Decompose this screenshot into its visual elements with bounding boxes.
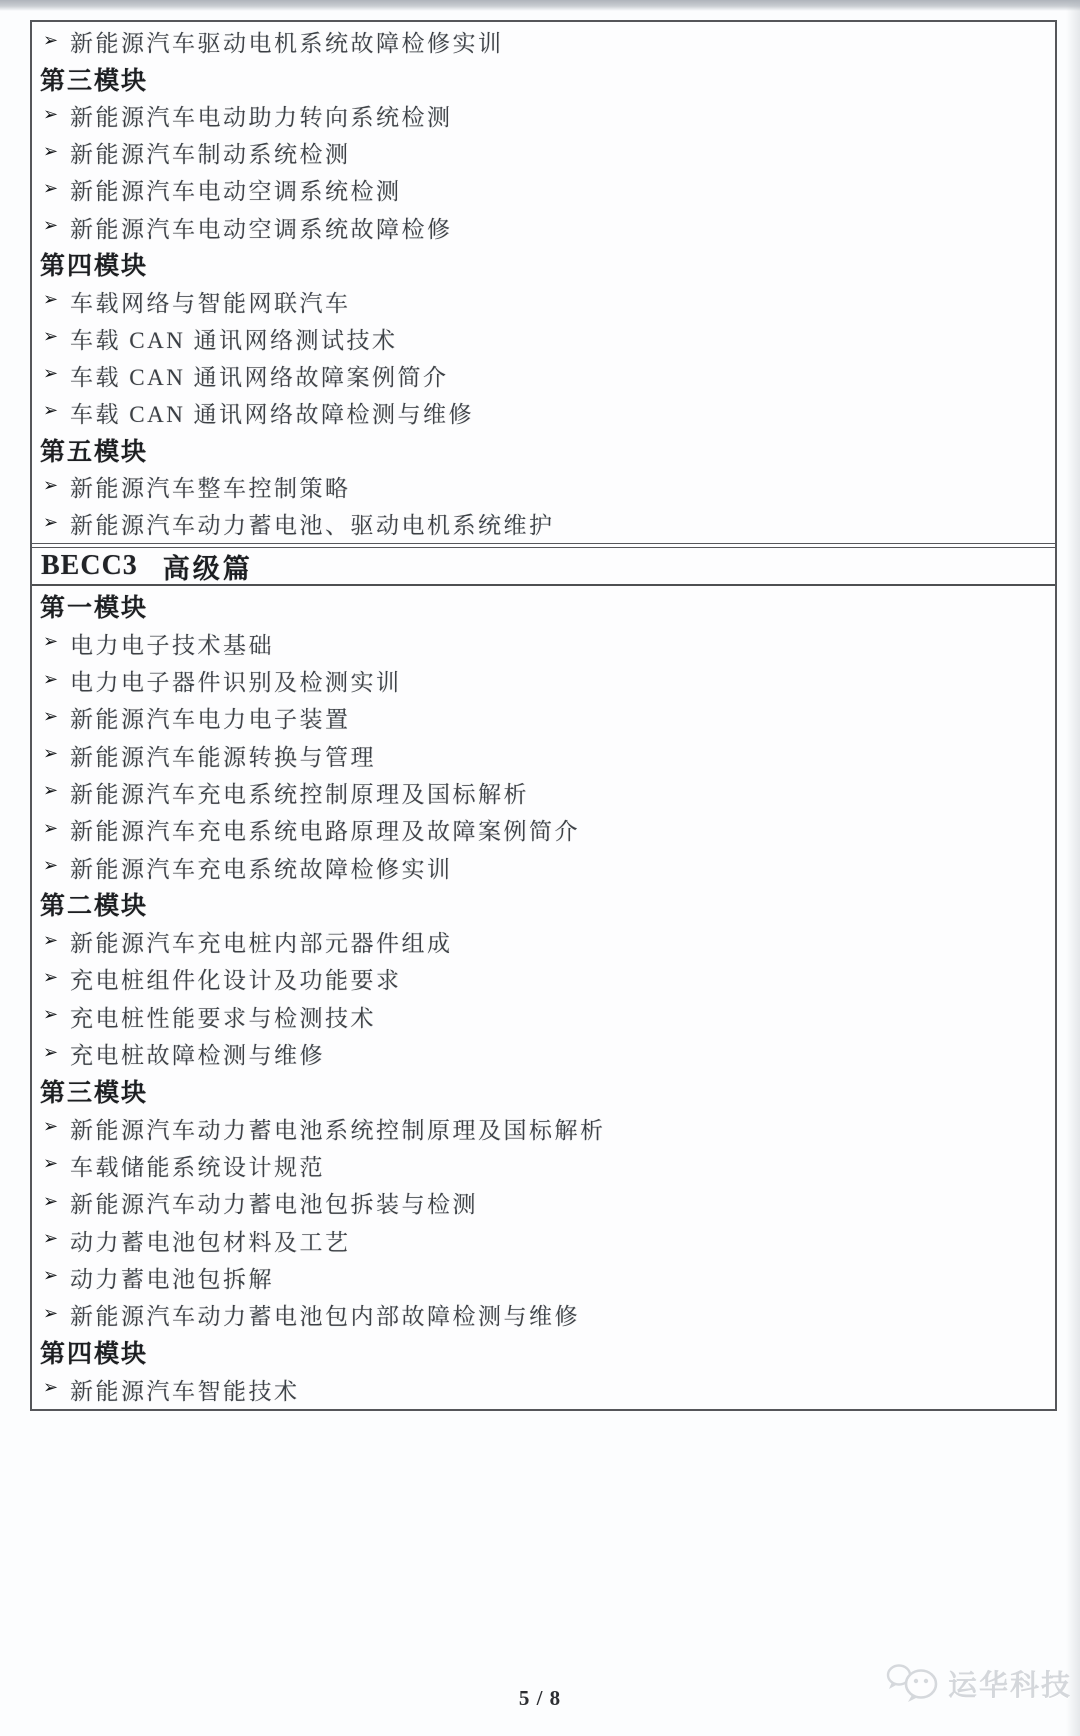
course-item-label: 新能源汽车驱动电机系统故障检修实训: [70, 25, 504, 58]
course-item-row: ➢新能源汽车动力蓄电池系统控制原理及国标解析: [32, 1109, 1055, 1146]
arrow-bullet-icon: ➢: [32, 820, 70, 838]
course-item-label: 新能源汽车动力蓄电池系统控制原理及国标解析: [70, 1112, 606, 1145]
arrow-bullet-icon: ➢: [32, 1044, 70, 1062]
course-item-row: ➢新能源汽车充电系统电路原理及故障案例简介: [32, 811, 1055, 848]
course-item-label: 充电桩故障检测与维修: [70, 1037, 325, 1070]
course-item-label: 车载 CAN 通讯网络故障案例简介: [70, 359, 449, 392]
course-item-label: 电力电子技术基础: [70, 627, 274, 660]
course-item-label: 新能源汽车充电系统故障检修实训: [70, 851, 453, 884]
course-item-label: 动力蓄电池包材料及工艺: [70, 1224, 351, 1257]
course-item-label: 新能源汽车充电系统电路原理及故障案例简介: [70, 813, 580, 846]
arrow-bullet-icon: ➢: [32, 1155, 70, 1173]
arrow-bullet-icon: ➢: [32, 365, 70, 383]
course-item-row: ➢新能源汽车动力蓄电池包内部故障检测与维修: [32, 1296, 1055, 1333]
arrow-bullet-icon: ➢: [32, 1118, 70, 1136]
course-item-label: 新能源汽车能源转换与管理: [70, 739, 376, 772]
arrow-bullet-icon: ➢: [32, 402, 70, 420]
course-item-label: 新能源汽车动力蓄电池、驱动电机系统维护: [70, 507, 555, 540]
course-item-row: ➢新能源汽车整车控制策略: [32, 468, 1055, 505]
course-item-row: ➢新能源汽车智能技术: [32, 1371, 1055, 1408]
course-module-table: ➢新能源汽车驱动电机系统故障检修实训第三模块➢新能源汽车电动助力转向系统检测➢新…: [30, 20, 1057, 1411]
course-code: BECC3: [41, 550, 138, 582]
course-item-label: 新能源汽车动力蓄电池包拆装与检测: [70, 1186, 478, 1219]
course-item-label: 车载储能系统设计规范: [70, 1149, 325, 1182]
course-item-row: ➢新能源汽车电动空调系统检测: [32, 171, 1055, 208]
module-header-label: 第三模块: [32, 1073, 148, 1109]
course-item-label: 车载 CAN 通讯网络测试技术: [70, 322, 398, 355]
arrow-bullet-icon: ➢: [32, 633, 70, 651]
course-item-row: ➢新能源汽车能源转换与管理: [32, 737, 1055, 774]
course-item-row: ➢动力蓄电池包拆解: [32, 1259, 1055, 1296]
course-item-row: ➢电力电子技术基础: [32, 625, 1055, 662]
course-item-label: 充电桩组件化设计及功能要求: [70, 962, 402, 995]
becc3-title-row: BECC3 高级篇: [32, 547, 1055, 586]
arrow-bullet-icon: ➢: [32, 1006, 70, 1024]
arrow-bullet-icon: ➢: [32, 143, 70, 161]
course-item-label: 新能源汽车动力蓄电池包内部故障检测与维修: [70, 1298, 580, 1331]
scan-right-edge: [1066, 0, 1080, 1736]
wechat-chat-bubbles-icon: [886, 1660, 944, 1706]
course-item-row: ➢新能源汽车驱动电机系统故障检修实训: [32, 23, 1055, 60]
module-header-row: 第五模块: [32, 431, 1055, 468]
module-header-label: 第四模块: [32, 1334, 148, 1370]
arrow-bullet-icon: ➢: [32, 857, 70, 875]
arrow-bullet-icon: ➢: [32, 328, 70, 346]
arrow-bullet-icon: ➢: [32, 671, 70, 689]
arrow-bullet-icon: ➢: [32, 782, 70, 800]
course-item-row: ➢新能源汽车动力蓄电池、驱动电机系统维护: [32, 505, 1055, 542]
module-header-row: 第三模块: [32, 1072, 1055, 1109]
course-item-row: ➢新能源汽车充电桩内部元器件组成: [32, 923, 1055, 960]
arrow-bullet-icon: ➢: [32, 477, 70, 495]
brand-watermark: 运华科技: [886, 1660, 1072, 1706]
arrow-bullet-icon: ➢: [32, 745, 70, 763]
course-item-label: 新能源汽车电力电子装置: [70, 701, 351, 734]
module-header-row: 第四模块: [32, 1333, 1055, 1370]
course-item-label: 新能源汽车充电系统控制原理及国标解析: [70, 776, 529, 809]
module-header-row: 第一模块: [32, 587, 1055, 624]
course-item-label: 新能源汽车电动助力转向系统检测: [70, 99, 453, 132]
course-item-row: ➢车载网络与智能网联汽车: [32, 283, 1055, 320]
scan-top-edge: [0, 0, 1080, 11]
course-item-row: ➢充电桩故障检测与维修: [32, 1035, 1055, 1072]
arrow-bullet-icon: ➢: [32, 291, 70, 309]
course-item-row: ➢充电桩性能要求与检测技术: [32, 998, 1055, 1035]
arrow-bullet-icon: ➢: [32, 180, 70, 198]
arrow-bullet-icon: ➢: [32, 217, 70, 235]
course-item-row: ➢车载 CAN 通讯网络测试技术: [32, 320, 1055, 357]
course-item-row: ➢动力蓄电池包材料及工艺: [32, 1221, 1055, 1258]
course-item-label: 车载网络与智能网联汽车: [70, 285, 351, 318]
course-item-row: ➢新能源汽车制动系统检测: [32, 134, 1055, 171]
module-header-label: 第一模块: [32, 588, 148, 624]
course-item-row: ➢新能源汽车动力蓄电池包拆装与检测: [32, 1184, 1055, 1221]
arrow-bullet-icon: ➢: [32, 932, 70, 950]
course-item-label: 电力电子器件识别及检测实训: [70, 664, 402, 697]
course-level-label: 高级篇: [163, 547, 253, 586]
brand-name: 运华科技: [948, 1663, 1072, 1704]
course-section-intermediate: ➢新能源汽车驱动电机系统故障检修实训第三模块➢新能源汽车电动助力转向系统检测➢新…: [32, 22, 1055, 544]
module-header-label: 第五模块: [32, 432, 148, 468]
module-header-row: 第四模块: [32, 246, 1055, 283]
module-header-label: 第三模块: [32, 61, 148, 97]
course-item-row: ➢新能源汽车电力电子装置: [32, 699, 1055, 736]
arrow-bullet-icon: ➢: [32, 1267, 70, 1285]
arrow-bullet-icon: ➢: [32, 106, 70, 124]
arrow-bullet-icon: ➢: [32, 969, 70, 987]
course-item-row: ➢车载储能系统设计规范: [32, 1147, 1055, 1184]
course-item-label: 新能源汽车智能技术: [70, 1373, 300, 1406]
module-header-label: 第四模块: [32, 246, 148, 282]
arrow-bullet-icon: ➢: [32, 1193, 70, 1211]
course-item-row: ➢充电桩组件化设计及功能要求: [32, 960, 1055, 997]
arrow-bullet-icon: ➢: [32, 1305, 70, 1323]
course-item-row: ➢新能源汽车充电系统故障检修实训: [32, 848, 1055, 885]
course-item-label: 车载 CAN 通讯网络故障检测与维修: [70, 396, 474, 429]
module-header-row: 第二模块: [32, 886, 1055, 923]
arrow-bullet-icon: ➢: [32, 1230, 70, 1248]
course-item-label: 新能源汽车充电桩内部元器件组成: [70, 925, 453, 958]
arrow-bullet-icon: ➢: [32, 514, 70, 532]
course-item-row: ➢新能源汽车电动助力转向系统检测: [32, 97, 1055, 134]
course-item-row: ➢新能源汽车电动空调系统故障检修: [32, 208, 1055, 245]
course-item-label: 新能源汽车电动空调系统检测: [70, 173, 402, 206]
course-item-label: 充电桩性能要求与检测技术: [70, 1000, 376, 1033]
arrow-bullet-icon: ➢: [32, 708, 70, 726]
course-item-label: 新能源汽车整车控制策略: [70, 470, 351, 503]
course-section-advanced: 第一模块➢电力电子技术基础➢电力电子器件识别及检测实训➢新能源汽车电力电子装置➢…: [32, 586, 1055, 1409]
course-item-row: ➢新能源汽车充电系统控制原理及国标解析: [32, 774, 1055, 811]
module-header-label: 第二模块: [32, 886, 148, 922]
course-item-row: ➢电力电子器件识别及检测实训: [32, 662, 1055, 699]
course-item-label: 动力蓄电池包拆解: [70, 1261, 274, 1294]
arrow-bullet-icon: ➢: [32, 32, 70, 50]
module-header-row: 第三模块: [32, 60, 1055, 97]
course-item-row: ➢车载 CAN 通讯网络故障案例简介: [32, 357, 1055, 394]
course-item-label: 新能源汽车电动空调系统故障检修: [70, 211, 453, 244]
arrow-bullet-icon: ➢: [32, 1379, 70, 1397]
course-item-row: ➢车载 CAN 通讯网络故障检测与维修: [32, 394, 1055, 431]
course-item-label: 新能源汽车制动系统检测: [70, 136, 351, 169]
